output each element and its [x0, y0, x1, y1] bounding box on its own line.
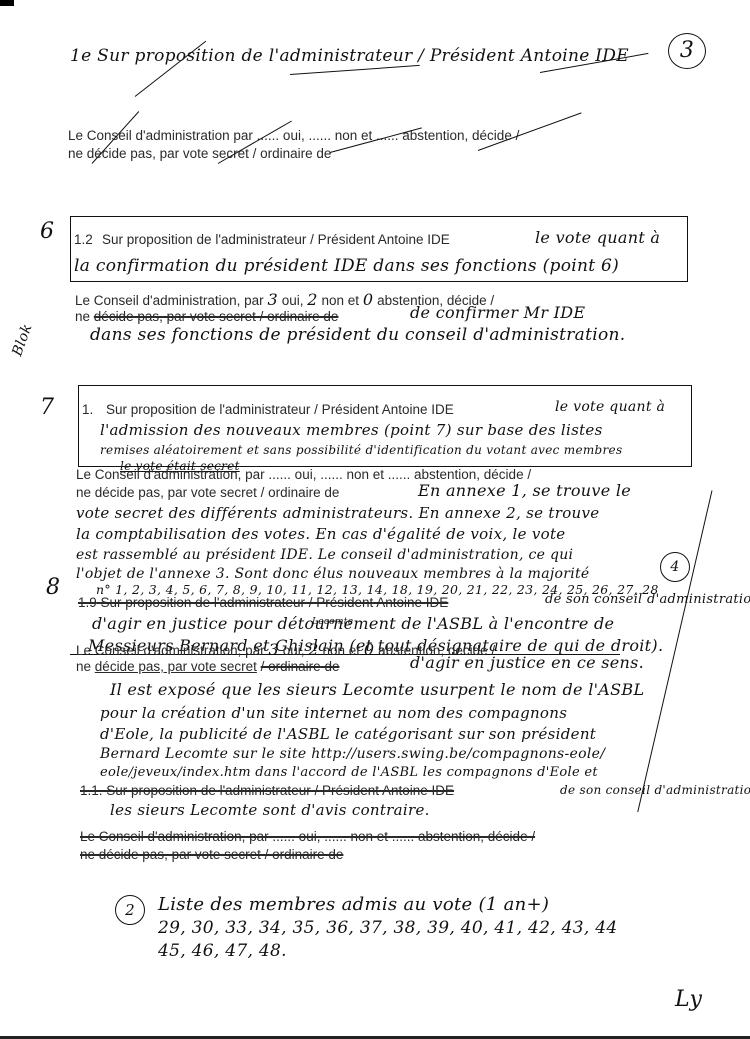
scan-corner-mark	[0, 0, 14, 6]
section-6-proposal: Sur proposition de l'administrateur / Pr…	[102, 231, 450, 249]
section-7-body: En annexe 1, se trouve le	[418, 481, 631, 501]
vote-count-oui: 3	[268, 640, 278, 659]
section-8-body: pour la création d'un site internet au n…	[100, 703, 567, 723]
section-8-body: d'Eole, la publicité de l'ASBL le catégo…	[100, 724, 596, 744]
section-7-body: est rassemblé au président IDE. Le conse…	[76, 545, 573, 565]
page-number-circle: 3	[668, 33, 706, 69]
section-8-handwritten: de son conseil d'administration	[560, 780, 750, 800]
section-8-body: eole/jeveux/index.htm dans l'accord de l…	[100, 763, 598, 783]
margin-item-number: 8	[46, 578, 60, 598]
section-7-body: la comptabilisation des votes. En cas d'…	[76, 524, 565, 544]
struck-proposal: 1.1. Sur proposition de l'administrateur…	[80, 782, 454, 800]
final-note-members: 45, 46, 47, 48.	[158, 941, 287, 961]
section-6-handwritten: la confirmation du président IDE dans se…	[74, 256, 619, 276]
circled-number: 2	[115, 895, 145, 925]
section-7-proposal: Sur proposition de l'administrateur / Pr…	[106, 401, 454, 419]
section-8-body: Il est exposé que les sieurs Lecomte usu…	[110, 680, 644, 700]
strike-mark	[290, 65, 420, 75]
section-6-handwritten: le vote quant à	[535, 228, 660, 248]
margin-item-number: 6	[40, 222, 54, 242]
section-6-printed-prefix: 1.2	[74, 231, 93, 249]
section-6-vote-line-2: ne décide pas, par vote secret / ordinai…	[75, 308, 338, 326]
vote-count-abstention: 0	[364, 640, 374, 659]
circled-annex-mark: 4	[660, 552, 690, 582]
vote-count-non: 2	[307, 290, 317, 309]
section-8-proposal-struck: 1.9 Sur proposition de l'administrateur …	[78, 594, 448, 612]
section-8-insert: Lecomte	[312, 612, 353, 632]
margin-signature: Blok	[7, 321, 37, 359]
section-7-body: vote secret des différents administrateu…	[76, 503, 599, 523]
section-7-handwritten: l'admission des nouveaux membres (point …	[100, 420, 603, 440]
margin-item-number: 7	[40, 398, 54, 418]
bottom-initials: Ly	[675, 990, 702, 1010]
section-8-vote-line-2: ne décide pas, par vote secret / ordinai…	[76, 658, 339, 676]
section-8-decision: d'agir en justice en ce sens.	[410, 653, 644, 673]
section-6-decision: de confirmer Mr IDE	[410, 303, 585, 323]
final-note-title: Liste des membres admis au vote (1 an+)	[158, 895, 549, 915]
struck-vote-line: ne décide pas, par vote secret / ordinai…	[80, 846, 343, 864]
section-8-body: Bernard Lecomte sur le site http://users…	[100, 744, 605, 764]
section-8-body: les sieurs Lecomte sont d'avis contraire…	[110, 800, 430, 820]
vote-count-abstention: 0	[363, 290, 373, 309]
page-number: 3	[680, 38, 694, 63]
section-7-vote-line-2: ne décide pas, par vote secret / ordinai…	[76, 484, 339, 502]
section-7-handwritten: le vote quant à	[555, 397, 665, 417]
vote-line: ne décide pas, par vote secret / ordinai…	[68, 145, 331, 163]
section-6-decision: dans ses fonctions de président du conse…	[90, 325, 625, 345]
struck-vote-line: Le Conseil d'administration, par ...... …	[80, 828, 535, 846]
vote-count-oui: 3	[267, 290, 277, 309]
vote-line: Le Conseil d'administration par ...... o…	[68, 127, 519, 145]
header-handwritten-note: 1e Sur proposition de l'administrateur /…	[70, 46, 629, 66]
vote-count-non: 2	[308, 640, 318, 659]
section-7-printed-prefix: 1.	[82, 401, 93, 419]
final-note-members: 29, 30, 33, 34, 35, 36, 37, 38, 39, 40, …	[158, 918, 618, 938]
section-8-handwritten: de son conseil d'administration	[545, 590, 750, 610]
